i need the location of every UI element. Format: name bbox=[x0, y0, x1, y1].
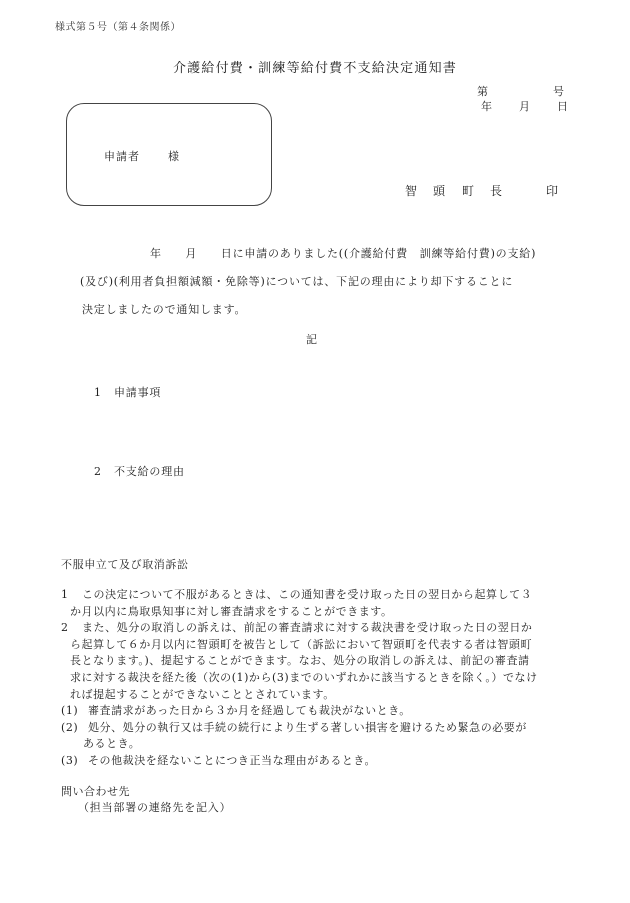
body-line: 決定しましたので通知します。 bbox=[82, 296, 582, 324]
appeal-sub-number: (2) bbox=[61, 720, 88, 737]
date-day: 日 bbox=[557, 98, 568, 114]
issuer-char: 智 bbox=[405, 182, 417, 199]
doc-number-dai: 第 bbox=[477, 83, 488, 99]
appeal-list: 1この決定について不服があるときは、この通知書を受け取った日の翌日から起算して３… bbox=[61, 587, 581, 770]
item-number: 2 bbox=[94, 465, 114, 478]
appeal-sub-number: (1) bbox=[61, 703, 88, 720]
appeal-sub-line: あるとき。 bbox=[61, 736, 581, 753]
appeal-sub-number: (3) bbox=[61, 753, 88, 770]
contact-heading: 問い合わせ先 bbox=[61, 783, 130, 799]
appeal-heading: 不服申立て及び取消訴訟 bbox=[61, 556, 189, 572]
appeal-sub-text: その他裁決を経ないことにつき正当な理由があるとき。 bbox=[88, 754, 376, 767]
appeal-sub-line: (2)処分、処分の執行又は手続の続行により生ずる著しい損害を避けるため緊急の必要… bbox=[61, 720, 581, 737]
ki-marker: 記 bbox=[306, 331, 317, 347]
date-year: 年 bbox=[481, 98, 492, 114]
body-line: (及び)(利用者負担額減額・免除等)については、下記の理由により却下することに bbox=[80, 268, 582, 296]
appeal-entry-line: 1この決定について不服があるときは、この通知書を受け取った日の翌日から起算して３ bbox=[61, 587, 581, 604]
item-reason: 2不支給の理由 bbox=[94, 463, 185, 479]
appeal-entry-line: ら起算して６か月以内に智頭町を被告として（訴訟において智頭町を代表する者は智頭町 bbox=[61, 637, 581, 654]
appeal-entry-line: か月以内に鳥取県知事に対し審査請求をすることができます。 bbox=[61, 604, 581, 621]
issuer-char: 頭 bbox=[433, 182, 445, 199]
item-label: 不支給の理由 bbox=[114, 465, 185, 478]
issuer-char: 長 bbox=[490, 182, 502, 199]
appeal-entry-line: 2また、処分の取消しの訴えは、前記の審査請求に対する裁決書を受け取った日の翌日か bbox=[61, 620, 581, 637]
contact-note: （担当部署の連絡先を記入） bbox=[78, 799, 231, 815]
doc-number-go: 号 bbox=[553, 83, 564, 99]
document-title: 介護給付費・訓練等給付費不支給決定通知書 bbox=[0, 57, 630, 76]
appeal-entry-line: れば提起することができないこととされています。 bbox=[61, 687, 581, 704]
addressee-label: 申請者 bbox=[104, 148, 140, 164]
appeal-entry-number: 2 bbox=[61, 620, 82, 637]
item-label: 申請事項 bbox=[114, 386, 161, 399]
addressee-honorific: 様 bbox=[168, 148, 179, 164]
date-month: 月 bbox=[519, 98, 530, 114]
appeal-entry-text: また、処分の取消しの訴えは、前記の審査請求に対する裁決書を受け取った日の翌日か bbox=[82, 621, 532, 634]
appeal-sub-line: (3)その他裁決を経ないことにつき正当な理由があるとき。 bbox=[61, 753, 581, 770]
appeal-entry-line: 長となります。)、提起することができます。なお、処分の取消しの訴えは、前記の審査… bbox=[61, 653, 581, 670]
item-number: 1 bbox=[94, 386, 114, 399]
issuer-char: 町 bbox=[462, 182, 474, 199]
appeal-entry-line: 求に対する裁決を経た後（次の(1)から(3)までのいずれかに該当するときを除く。… bbox=[61, 670, 581, 687]
item-application: 1申請事項 bbox=[94, 384, 161, 400]
appeal-sub-line: (1)審査請求があった日から３か月を経過しても裁決がないとき。 bbox=[61, 703, 581, 720]
appeal-sub-text: 審査請求があった日から３か月を経過しても裁決がないとき。 bbox=[88, 704, 411, 717]
body-paragraph: 年 月 日に申請のありました((介護給付費 訓練等給付費)の支給) (及び)(利… bbox=[82, 240, 582, 324]
appeal-sub-text: 処分、処分の執行又は手続の続行により生ずる著しい損害を避けるため緊急の必要が bbox=[88, 721, 527, 734]
body-line: 年 月 日に申請のありました((介護給付費 訓練等給付費)の支給) bbox=[82, 240, 582, 268]
form-number: 様式第５号（第４条関係） bbox=[55, 18, 181, 33]
seal-mark: 印 bbox=[546, 182, 558, 199]
appeal-entry-number: 1 bbox=[61, 587, 82, 604]
appeal-entry-text: この決定について不服があるときは、この通知書を受け取った日の翌日から起算して３ bbox=[82, 588, 532, 601]
